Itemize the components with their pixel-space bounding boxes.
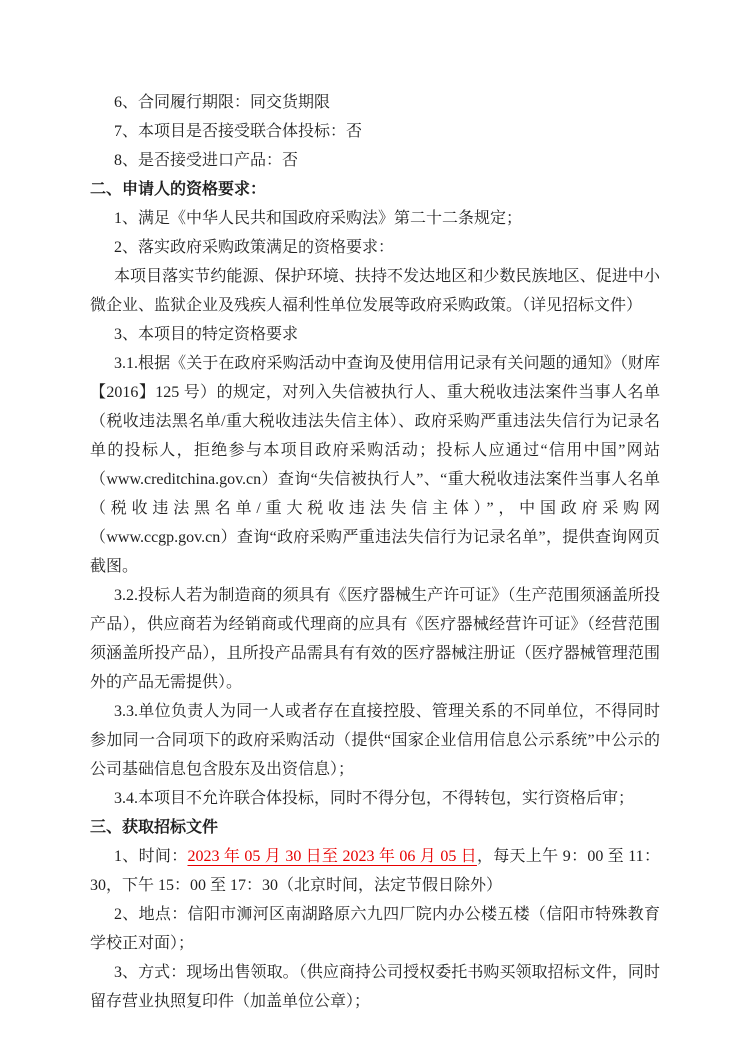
paragraph: 1、时间：2023 年 05 月 30 日至 2023 年 06 月 05 日，… (90, 842, 660, 900)
paragraph: 6、合同履行期限：同交货期限 (90, 88, 660, 117)
document-sale-period-highlight: 2023 年 05 月 30 日至 2023 年 06 月 05 日 (188, 848, 477, 865)
text-run: 2、地点：信阳市浉河区南湖路原六九四厂院内办公楼五楼（信阳市特殊教育学校正对面）… (90, 906, 660, 952)
paragraph: 8、是否接受进口产品：否 (90, 146, 660, 175)
paragraph: 3.3.单位负责人为同一人或者存在直接控股、管理关系的不同单位，不得同时参加同一… (90, 697, 660, 784)
text-run: 3.3.单位负责人为同一人或者存在直接控股、管理关系的不同单位，不得同时参加同一… (90, 703, 660, 778)
text-run: 3.1.根据《关于在政府采购活动中查询及使用信用记录有关问题的通知》（财库【20… (90, 355, 660, 575)
text-run: 3、方式：现场出售领取。（供应商持公司授权委托书购买领取招标文件，同时留存营业执… (90, 964, 660, 1010)
text-run: 6、合同履行期限：同交货期限 (114, 94, 330, 111)
paragraph: 1、满足《中华人民共和国政府采购法》第二十二条规定； (90, 204, 660, 233)
paragraph: 3、方式：现场出售领取。（供应商持公司授权委托书购买领取招标文件，同时留存营业执… (90, 958, 660, 1016)
text-run: 3、本项目的特定资格要求 (114, 326, 298, 343)
section-heading: 二、申请人的资格要求： (90, 175, 660, 204)
text-run: 1、时间： (114, 848, 188, 865)
paragraph: 2、落实政府采购政策满足的资格要求： (90, 233, 660, 262)
paragraph: 7、本项目是否接受联合体投标：否 (90, 117, 660, 146)
text-run: 7、本项目是否接受联合体投标：否 (114, 123, 362, 140)
paragraph: 3.2.投标人若为制造商的须具有《医疗器械生产许可证》（生产范围须涵盖所投产品）… (90, 581, 660, 697)
text-run: 本项目落实节约能源、保护环境、扶持不发达地区和少数民族地区、促进中小微企业、监狱… (90, 268, 660, 314)
paragraph: 3.1.根据《关于在政府采购活动中查询及使用信用记录有关问题的通知》（财库【20… (90, 349, 660, 581)
section-heading: 三、获取招标文件 (90, 813, 660, 842)
text-run: 8、是否接受进口产品：否 (114, 152, 298, 169)
text-run: 1、满足《中华人民共和国政府采购法》第二十二条规定； (114, 210, 522, 227)
text-run: 三、获取招标文件 (90, 819, 218, 836)
paragraph: 2、地点：信阳市浉河区南湖路原六九四厂院内办公楼五楼（信阳市特殊教育学校正对面）… (90, 900, 660, 958)
text-run: 二、申请人的资格要求： (90, 181, 266, 198)
paragraph: 3、本项目的特定资格要求 (90, 320, 660, 349)
paragraph: 3.4.本项目不允许联合体投标，同时不得分包，不得转包，实行资格后审； (90, 784, 660, 813)
text-run: 2、落实政府采购政策满足的资格要求： (114, 239, 394, 256)
text-run: 3.4.本项目不允许联合体投标，同时不得分包，不得转包，实行资格后审； (114, 790, 634, 807)
text-run: 3.2.投标人若为制造商的须具有《医疗器械生产许可证》（生产范围须涵盖所投产品）… (90, 587, 660, 691)
document-page: 6、合同履行期限：同交货期限7、本项目是否接受联合体投标：否8、是否接受进口产品… (0, 0, 750, 1060)
document-body: 6、合同履行期限：同交货期限7、本项目是否接受联合体投标：否8、是否接受进口产品… (90, 88, 660, 1016)
paragraph: 本项目落实节约能源、保护环境、扶持不发达地区和少数民族地区、促进中小微企业、监狱… (90, 262, 660, 320)
